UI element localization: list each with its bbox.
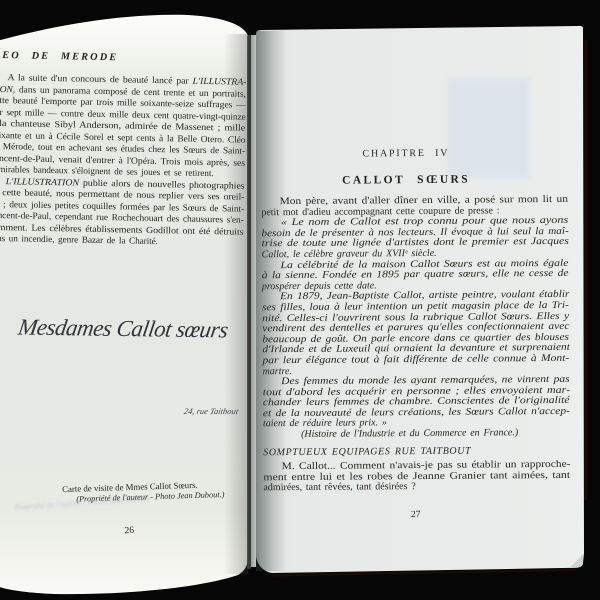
book-photo: CLEO DE MERODE A la suite d'un concours … — [0, 0, 600, 600]
right-page: CHAPITRE IV CALLOT SŒURS Mon père, avant… — [0, 0, 600, 600]
gutter-shadow-left — [224, 34, 248, 574]
chapter-title: CALLOT SŒURS — [261, 173, 551, 187]
section-heading: SOMPTUEUX EQUIPAGES RUE TAITBOUT — [263, 445, 570, 458]
gutter-shadow-right — [256, 31, 286, 571]
page-number-right: 27 — [404, 510, 428, 520]
chapter-label: CHAPITRE IV — [261, 147, 551, 160]
text-line: (Histoire de l'Industrie et du Commerce … — [263, 428, 570, 441]
right-page-text: Mon père, avant d'aller dîner en ville, … — [261, 195, 570, 494]
